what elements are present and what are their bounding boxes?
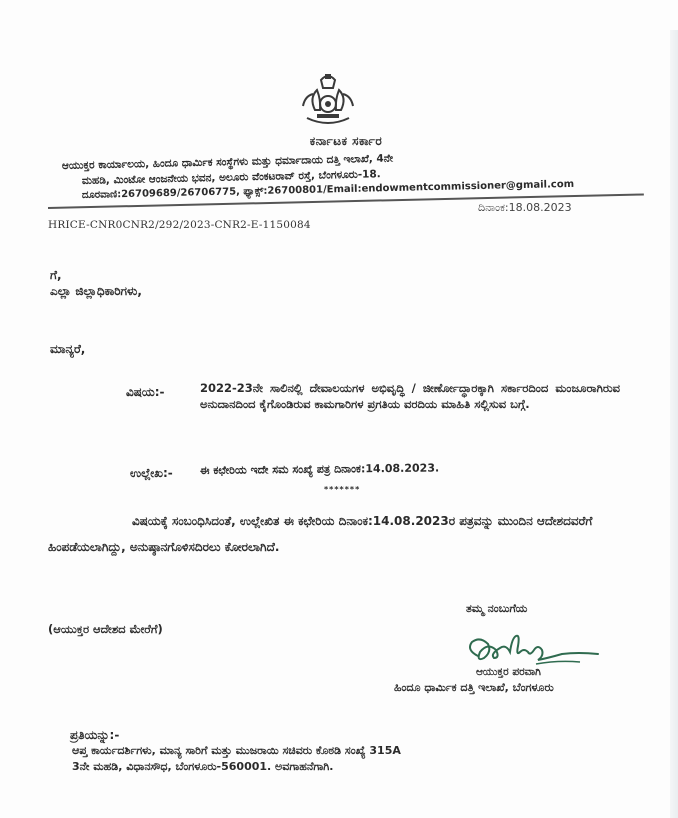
reference-text: ಈ ಕಛೇರಿಯ ಇದೇ ಸಮ ಸಂಖ್ಯೆ ಪತ್ರ ದಿನಾಂಕ:14.08… — [200, 461, 439, 478]
recipient: ಎಲ್ಲಾ ಜಿಲ್ಲಾಧಿಕಾರಿಗಳು, — [50, 284, 142, 299]
signatory-office: ಹಿಂದೂ ಧಾರ್ಮಿಕ ದತ್ತಿ ಇಲಾಖೆ, ಬೆಂಗಳೂರು — [394, 681, 554, 695]
section-separator: ******* — [324, 485, 360, 494]
by-order-note: (ಆಯುಕ್ತರ ಆದೇಶದ ಮೇರೆಗೆ) — [48, 622, 163, 637]
to-label: ಗೆ, — [50, 268, 62, 283]
government-title: ಕರ್ನಾಟಕ ಸರ್ಕಾರ — [0, 134, 678, 149]
letter-date: ದಿನಾಂಕ:18.08.2023 — [478, 201, 572, 215]
body-paragraph: ವಿಷಯಕ್ಕೆ ಸಂಬಂಧಿಸಿದಂತೆ, ಉಲ್ಲೇಖಿತ ಈ ಕಛೇರಿಯ… — [48, 508, 673, 560]
signatory-designation: ಆಯುಕ್ತರ ಪರವಾಗಿ — [476, 666, 541, 679]
reference-number: HRICE-CNR0CNR2/292/2023-CNR2-E-1150084 — [48, 219, 311, 231]
closing-yours: ತಮ್ಮ ನಂಬುಗೆಯ — [466, 602, 527, 616]
reference-label: ಉಲ್ಲೇಖ:- — [130, 466, 173, 481]
subject-text: 2022-23ನೇ ಸಾಲಿನಲ್ಲಿ ದೇವಾಲಯಗಳ ಅಭಿವೃದ್ಧಿ /… — [200, 380, 620, 412]
subject-label: ವಿಷಯ:- — [126, 385, 165, 400]
state-emblem-icon — [295, 70, 361, 128]
salutation: ಮಾನ್ಯರೆ, — [50, 342, 85, 357]
copy-to-line-2: 3ನೇ ಮಹಡಿ, ವಿಧಾನಸೌಧ, ಬೆಂಗಳೂರು-560001. ಅವಗ… — [72, 760, 333, 774]
document-page: ಕರ್ನಾಟಕ ಸರ್ಕಾರ ಆಯುಕ್ತರ ಕಾರ್ಯಾಲಯ, ಹಿಂದೂ ಧ… — [0, 0, 678, 818]
copy-to-line-1: ಆಪ್ತ ಕಾರ್ಯದರ್ಶಿಗಳು, ಮಾನ್ಯ ಸಾರಿಗೆ ಮತ್ತು ಮ… — [72, 744, 401, 758]
copy-to-label: ಪ್ರತಿಯನ್ನು:- — [70, 728, 119, 743]
